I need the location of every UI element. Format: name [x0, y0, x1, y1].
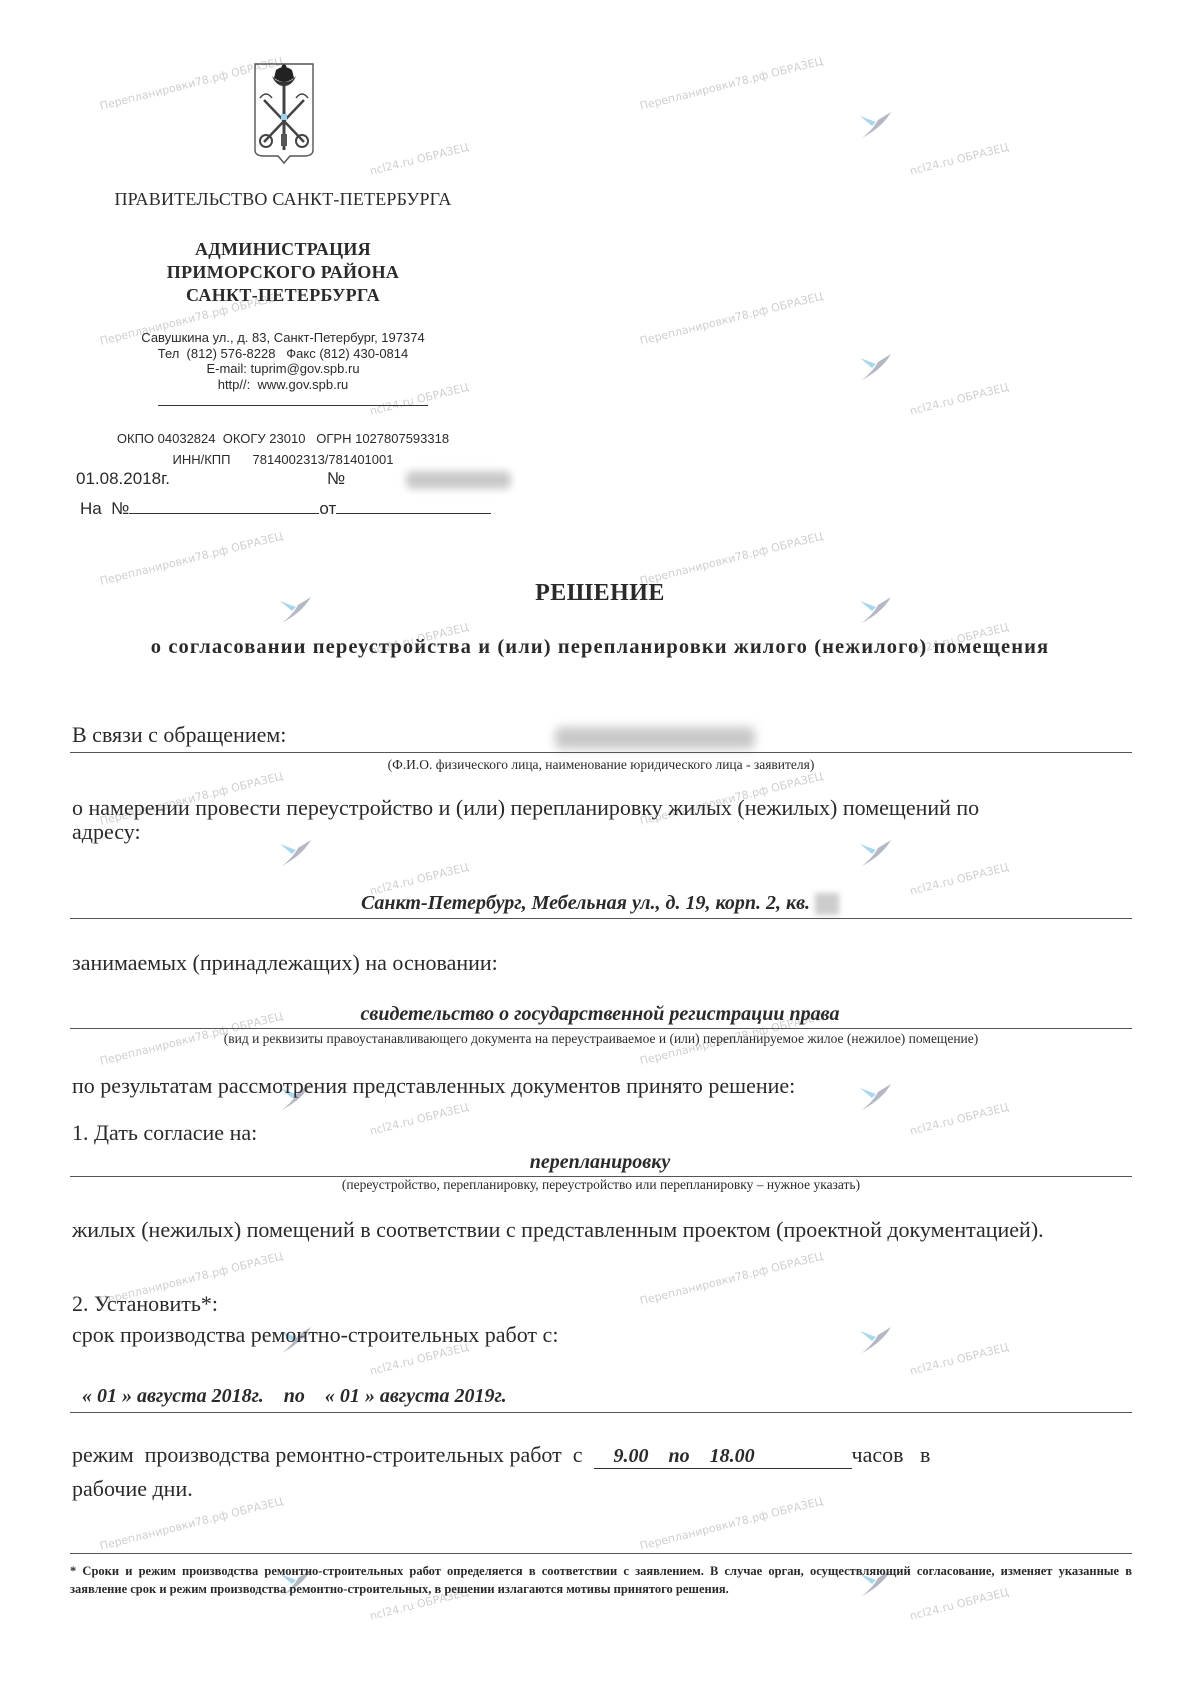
- inn-value: 7814002313/781401001: [253, 452, 394, 467]
- applicant-underline: [70, 752, 1132, 753]
- term-underline: [70, 1412, 1132, 1413]
- reference-number-label: На №: [80, 499, 129, 518]
- watermark-text: ncl24.ru ОБРАЗЕЦ: [908, 141, 1010, 178]
- reference-from-label: от: [319, 499, 336, 518]
- intent-text: о намерении провести переустройство и (и…: [72, 796, 1032, 844]
- term-to-label: по: [284, 1385, 305, 1407]
- reference-date-field: [336, 497, 491, 514]
- bird-watermark-icon: [858, 1325, 894, 1355]
- mode-from: 9.00: [614, 1445, 649, 1467]
- decision-title: РЕШЕНИЕ: [0, 580, 1200, 607]
- separator-line: [158, 405, 428, 406]
- letter-number-label: №: [327, 469, 345, 489]
- reference-number-field: [129, 497, 319, 514]
- bird-watermark-icon: [858, 352, 894, 382]
- term-to: « 01 » августа 2019г.: [325, 1385, 507, 1407]
- inn-line: ИНН/КПП7814002313/781401001: [0, 449, 566, 470]
- mode-line: режим производства ремонтно-строительных…: [72, 1442, 930, 1469]
- coat-of-arms-icon: [252, 62, 316, 166]
- basis-underline: [70, 1028, 1132, 1029]
- watermark-text: ncl24.ru ОБРАЗЕЦ: [368, 141, 470, 178]
- redacted-letter-number: [406, 471, 511, 489]
- watermark-text: ncl24.ru ОБРАЗЕЦ: [368, 1101, 470, 1138]
- email-line: E-mail: tuprim@gov.spb.ru: [0, 361, 566, 377]
- watermark-text: ncl24.ru ОБРАЗЕЦ: [908, 381, 1010, 418]
- watermark-text: Перепланировки78.рф ОБРАЗЕЦ: [638, 290, 824, 348]
- bird-watermark-icon: [858, 110, 894, 140]
- watermark-text: Перепланировки78.рф ОБРАЗЕЦ: [638, 1250, 824, 1308]
- mode-to-label: по: [669, 1445, 690, 1467]
- decision-subtitle: о согласовании переустройства и (или) пе…: [70, 633, 1130, 662]
- watermark-text: ncl24.ru ОБРАЗЕЦ: [908, 1101, 1010, 1138]
- item1-caption: (переустройство, перепланировку, переуст…: [70, 1177, 1132, 1193]
- codes-line: ОКПО 04032824 ОКОГУ 23010 ОГРН 102780759…: [0, 428, 566, 449]
- footnote-separator: [70, 1553, 1132, 1554]
- term-label: срок производства ремонтно-строительных …: [72, 1322, 558, 1348]
- watermark-text: Перепланировки78.рф ОБРАЗЕЦ: [638, 55, 824, 113]
- watermark-text: Перепланировки78.рф ОБРАЗЕЦ: [98, 1495, 284, 1553]
- basis-value: свидетельство о государственной регистра…: [0, 1003, 1200, 1026]
- item2-label: 2. Установить*:: [72, 1291, 218, 1317]
- item1-text: жилых (нежилых) помещений в соответствии…: [72, 1214, 1130, 1246]
- registry-codes: ОКПО 04032824 ОКОГУ 23010 ОГРН 102780759…: [0, 428, 566, 470]
- mode-hours-field: 9.00 по 18.00: [594, 1445, 852, 1469]
- government-name: ПРАВИТЕЛЬСТВО САНКТ-ПЕТЕРБУРГА: [0, 189, 566, 210]
- reference-line: На №от: [80, 497, 491, 519]
- letter-date: 01.08.2018г.: [76, 469, 170, 489]
- redacted-applicant-name: [555, 727, 755, 749]
- mode-hours-label: часов в: [852, 1442, 931, 1467]
- address-text: Санкт-Петербург, Мебельная ул., д. 19, к…: [361, 892, 810, 914]
- item1-value: перепланировку: [0, 1151, 1200, 1174]
- address-value: Санкт-Петербург, Мебельная ул., д. 19, к…: [0, 892, 1200, 915]
- footnote: * Сроки и режим производства ремонтно-ст…: [70, 1563, 1132, 1598]
- basis-label: занимаемых (принадлежащих) на основании:: [72, 950, 498, 976]
- address-underline: [70, 918, 1132, 919]
- administration-line: АДМИНИСТРАЦИЯ: [0, 238, 566, 261]
- web-line: http//: www.gov.spb.ru: [0, 377, 566, 393]
- bird-watermark-icon: [858, 1082, 894, 1112]
- address-line: Савушкина ул., д. 83, Санкт-Петербург, 1…: [0, 330, 566, 346]
- term-from: « 01 » августа 2018г.: [82, 1385, 264, 1407]
- administration-name: АДМИНИСТРАЦИЯ ПРИМОРСКОГО РАЙОНА САНКТ-П…: [0, 238, 566, 307]
- mode-to: 18.00: [710, 1445, 755, 1467]
- result-text: по результатам рассмотрения представленн…: [72, 1073, 795, 1099]
- term-values: « 01 » августа 2018г. по « 01 » августа …: [82, 1385, 507, 1408]
- mode-days: рабочие дни.: [72, 1476, 193, 1502]
- administration-line: ПРИМОРСКОГО РАЙОНА: [0, 261, 566, 284]
- item1-label: 1. Дать согласие на:: [72, 1120, 257, 1146]
- contact-block: Савушкина ул., д. 83, Санкт-Петербург, 1…: [0, 330, 566, 392]
- watermark-text: Перепланировки78.рф ОБРАЗЕЦ: [638, 1495, 824, 1553]
- inn-label: ИНН/КПП: [173, 452, 231, 467]
- basis-caption: (вид и реквизиты правоустанавливающего д…: [70, 1031, 1132, 1047]
- administration-line: САНКТ-ПЕТЕРБУРГА: [0, 284, 566, 307]
- redacted-apartment: [815, 893, 839, 915]
- watermark-text: ncl24.ru ОБРАЗЕЦ: [908, 1341, 1010, 1378]
- phone-line: Тел (812) 576-8228 Факс (812) 430-0814: [0, 346, 566, 362]
- applicant-label: В связи с обращением:: [72, 722, 286, 748]
- mode-label: режим производства ремонтно-строительных…: [72, 1442, 583, 1467]
- applicant-caption: (Ф.И.О. физического лица, наименование ю…: [70, 757, 1132, 773]
